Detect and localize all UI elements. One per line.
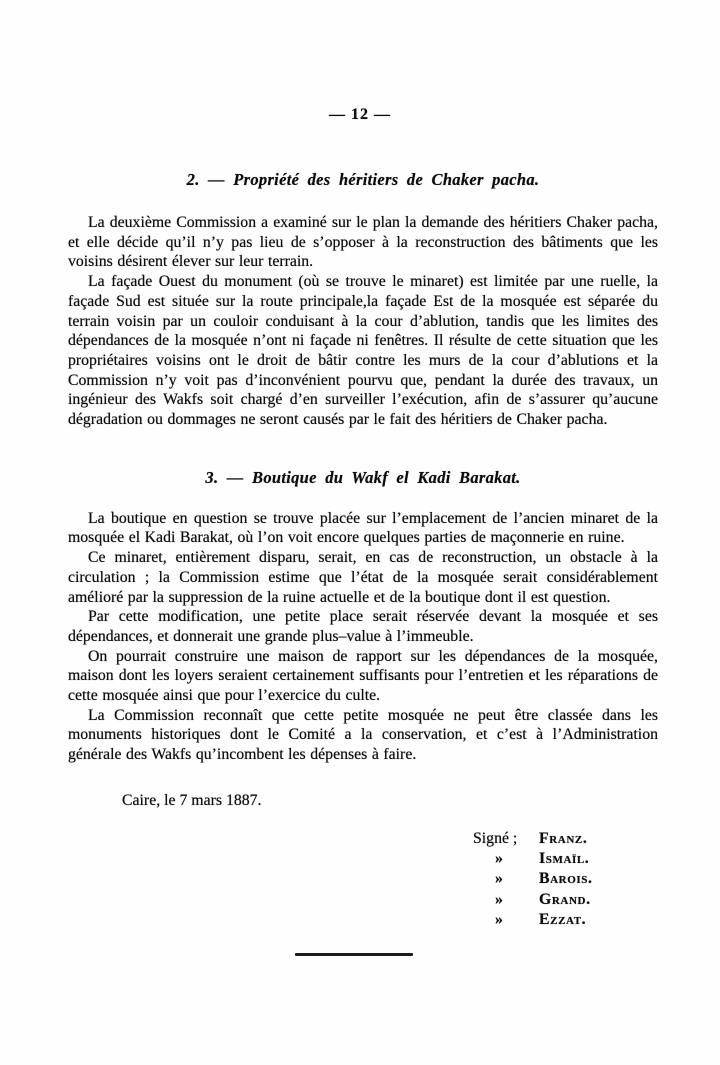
signature-row: » Grand. bbox=[473, 890, 658, 910]
section-2-paragraph-2: La façade Ouest du monument (où se trouv… bbox=[68, 272, 658, 430]
section-3-paragraph-1: La boutique en question se trouve placée… bbox=[68, 509, 658, 548]
signature-block: Signé ; Franz. » Ismaïl. » Barois. » Gra… bbox=[473, 829, 658, 931]
footer-rule bbox=[295, 953, 413, 956]
signature-row: Signé ; Franz. bbox=[473, 829, 658, 849]
section-2-heading: 2. — Propriété des héritiers de Chaker p… bbox=[68, 170, 658, 190]
signature-name: Grand. bbox=[539, 890, 591, 910]
section-3-paragraph-2: Ce minaret, entièrement disparu, serait,… bbox=[68, 548, 658, 607]
document-page: — 12 — 2. — Propriété des héritiers de C… bbox=[0, 0, 720, 1065]
ditto-mark: » bbox=[473, 869, 539, 889]
dateline: Caire, le 7 mars 1887. bbox=[122, 791, 658, 811]
ditto-mark: » bbox=[473, 849, 539, 869]
signature-label: Signé ; bbox=[473, 829, 539, 849]
section-3-paragraph-5: La Commission reconnaît que cette petite… bbox=[68, 706, 658, 765]
page-content: 2. — Propriété des héritiers de Chaker p… bbox=[68, 170, 658, 931]
signature-name: Barois. bbox=[539, 869, 593, 889]
section-3-paragraph-4: On pourrait construire une maison de rap… bbox=[68, 647, 658, 706]
signature-name: Franz. bbox=[539, 829, 587, 849]
signature-name: Ezzat. bbox=[539, 910, 586, 930]
signature-name: Ismaïl. bbox=[539, 849, 589, 869]
ditto-mark: » bbox=[473, 910, 539, 930]
section-2-paragraph-1: La deuxième Commission a examiné sur le … bbox=[68, 213, 658, 272]
signature-row: » Ismaïl. bbox=[473, 849, 658, 869]
section-3-paragraph-3: Par cette modification, une petite place… bbox=[68, 607, 658, 646]
signature-row: » Ezzat. bbox=[473, 910, 658, 930]
page-number: — 12 — bbox=[0, 0, 720, 125]
section-3-heading: 3. — Boutique du Wakf el Kadi Barakat. bbox=[68, 468, 658, 488]
ditto-mark: » bbox=[473, 890, 539, 910]
signature-row: » Barois. bbox=[473, 869, 658, 889]
